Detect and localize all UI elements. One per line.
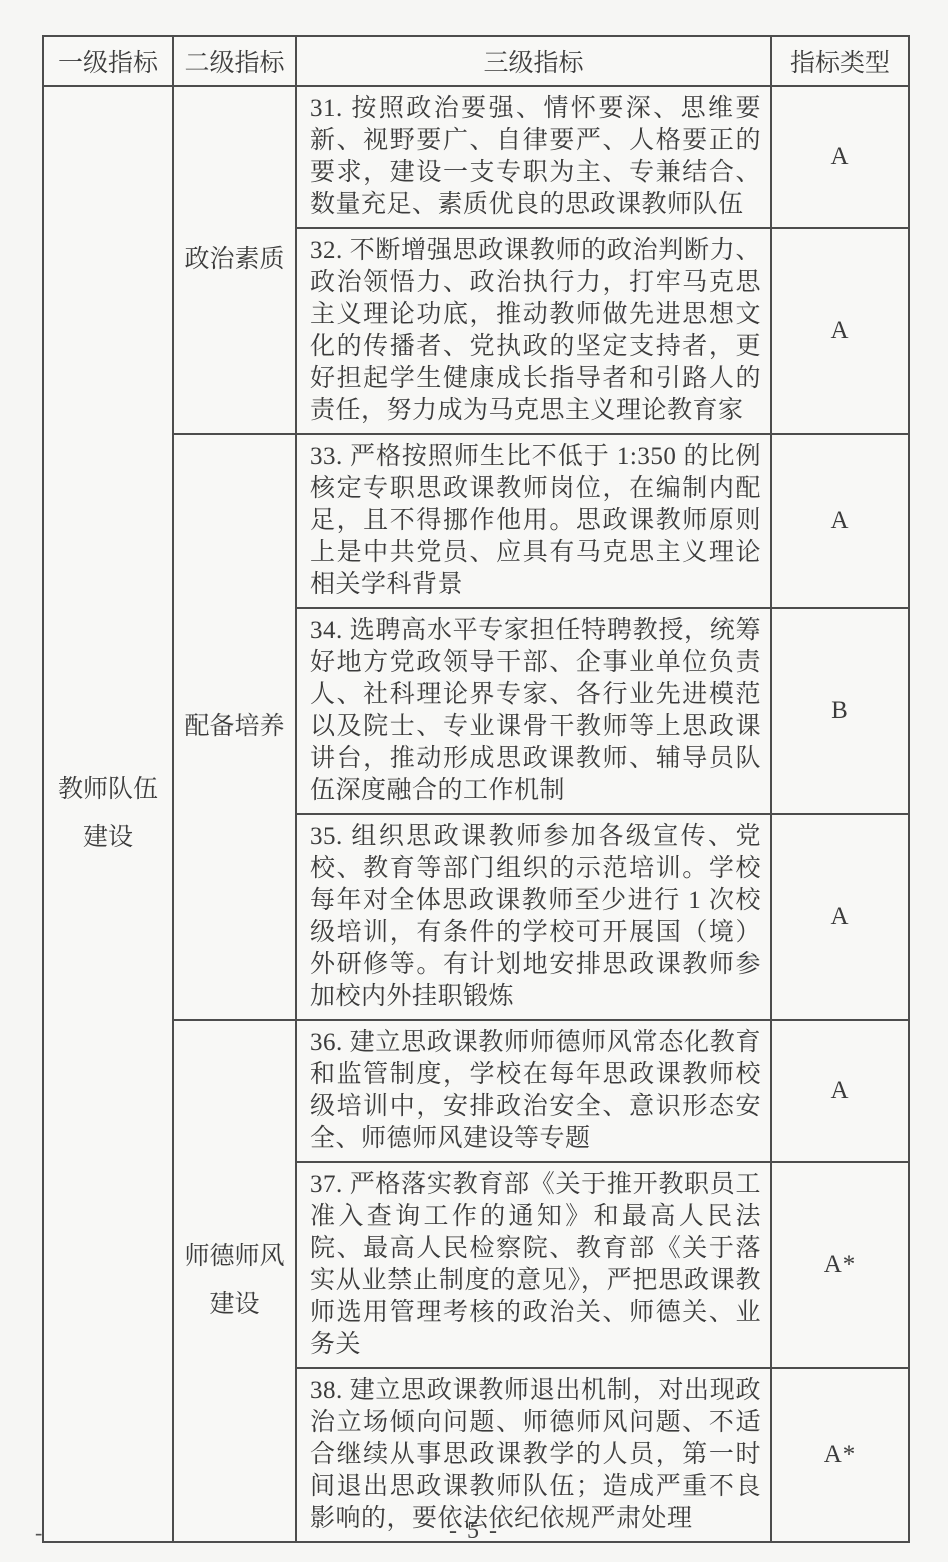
header-level2: 二级指标 (173, 36, 296, 86)
level2-label: 师德师风建设 (182, 1233, 288, 1329)
table-header-row: 一级指标 二级指标 三级指标 指标类型 (43, 36, 909, 86)
indicator-type-33: A (771, 434, 909, 608)
indicator-type-34: B (771, 608, 909, 814)
indicator-text-33: 33. 严格按照师生比不低于 1:350 的比例核定专职思政课教师岗位，在编制内… (296, 434, 771, 608)
indicator-table: 一级指标 二级指标 三级指标 指标类型 教师队伍建设 政治素质 31. 按照政治… (42, 35, 910, 1543)
level2-cell-politics: 政治素质 (173, 86, 296, 434)
indicator-type-35: A (771, 814, 909, 1020)
indicator-text-35: 35. 组织思政课教师参加各级宣传、党校、教育等部门组织的示范培训。学校每年对全… (296, 814, 771, 1020)
indicator-type-37: A* (771, 1162, 909, 1368)
indicator-type-36: A (771, 1020, 909, 1162)
level2-cell-ethics: 师德师风建设 (173, 1020, 296, 1542)
document-page: 一级指标 二级指标 三级指标 指标类型 教师队伍建设 政治素质 31. 按照政治… (0, 0, 948, 1562)
indicator-text-37: 37. 严格落实教育部《关于推开教职员工准入查询工作的通知》和最高人民法院、最高… (296, 1162, 771, 1368)
header-level1: 一级指标 (43, 36, 173, 86)
indicator-text-31: 31. 按照政治要强、情怀要深、思维要新、视野要广、自律要严、人格要正的要求，建… (296, 86, 771, 228)
header-type: 指标类型 (771, 36, 909, 86)
indicator-text-38: 38. 建立思政课教师退出机制，对出现政治立场倾向问题、师德师风问题、不适合继续… (296, 1368, 771, 1542)
indicator-type-38: A* (771, 1368, 909, 1542)
indicator-text-36: 36. 建立思政课教师师德师风常态化教育和监管制度，学校在每年思政课教师校级培训… (296, 1020, 771, 1162)
indicator-text-32: 32. 不断增强思政课教师的政治判断力、政治领悟力、政治执行力，打牢马克思主义理… (296, 228, 771, 434)
level1-cell: 教师队伍建设 (43, 86, 173, 1542)
indicator-text-34: 34. 选聘高水平专家担任特聘教授，统筹好地方党政领导干部、企事业单位负责人、社… (296, 608, 771, 814)
table-row: 师德师风建设 36. 建立思政课教师师德师风常态化教育和监管制度，学校在每年思政… (43, 1020, 909, 1162)
level2-cell-staffing: 配备培养 (173, 434, 296, 1020)
level2-label: 政治素质 (182, 236, 288, 284)
indicator-type-31: A (771, 86, 909, 228)
header-level3: 三级指标 (296, 36, 771, 86)
level2-label: 配备培养 (182, 703, 288, 751)
indicator-type-32: A (771, 228, 909, 434)
page-number: - 5 - (0, 1518, 948, 1545)
level1-label: 教师队伍建设 (55, 766, 161, 862)
table-row: 配备培养 33. 严格按照师生比不低于 1:350 的比例核定专职思政课教师岗位… (43, 434, 909, 608)
table-row: 教师队伍建设 政治素质 31. 按照政治要强、情怀要深、思维要新、视野要广、自律… (43, 86, 909, 228)
